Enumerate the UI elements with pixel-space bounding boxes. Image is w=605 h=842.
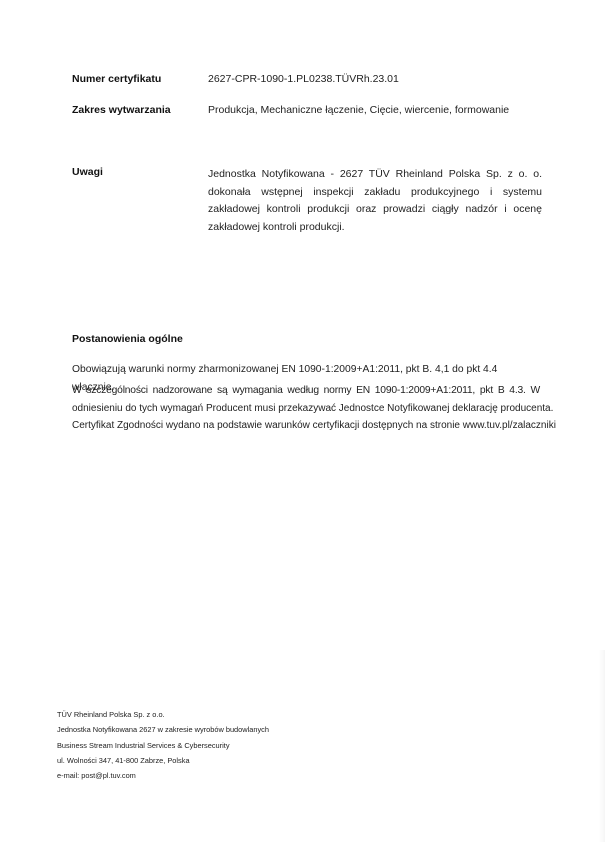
provision-paragraph: Certyfikat Zgodności wydano na podstawie… <box>72 417 540 435</box>
footer-notified-body: Jednostka Notyfikowana 2627 w zakresie w… <box>57 722 269 737</box>
remarks-line: dokonała wstępnej inspekcji zakładu prod… <box>208 184 542 202</box>
remarks-line: zakładowej kontroli produkcji. <box>208 219 542 237</box>
manufacturing-scope-value: Produkcja, Mechaniczne łączenie, Cięcie,… <box>208 104 542 116</box>
certificate-number-label: Numer certyfikatu <box>72 73 161 85</box>
certificate-page: Numer certyfikatu 2627-CPR-1090-1.PL0238… <box>0 0 605 842</box>
remarks-line: Jednostka Notyfikowana - 2627 TÜV Rheinl… <box>208 166 542 184</box>
provision-line: odniesieniu do tych wymagań Producent mu… <box>72 400 540 418</box>
certificate-number-value: 2627-CPR-1090-1.PL0238.TÜVRh.23.01 <box>208 73 542 85</box>
footer-email: e-mail: post@pl.tuv.com <box>57 768 269 783</box>
provision-paragraph: W szczególności nadzorowane są wymagania… <box>72 382 540 417</box>
footer-business-stream: Business Stream Industrial Services & Cy… <box>57 738 269 753</box>
company-footer: TÜV Rheinland Polska Sp. z o.o. Jednostk… <box>57 707 269 783</box>
remarks-line: zakładowej kontroli produkcji oraz prowa… <box>208 201 542 219</box>
manufacturing-scope-label: Zakres wytwarzania <box>72 104 171 116</box>
footer-address: ul. Wolności 347, 41-800 Zabrze, Polska <box>57 753 269 768</box>
provision-text: Certyfikat Zgodności wydano na podstawie… <box>72 420 556 431</box>
remarks-text: Jednostka Notyfikowana - 2627 TÜV Rheinl… <box>208 166 542 236</box>
footer-company-name: TÜV Rheinland Polska Sp. z o.o. <box>57 707 269 722</box>
general-provisions-title: Postanowienia ogólne <box>72 333 183 345</box>
remarks-label: Uwagi <box>72 166 103 178</box>
provision-line: W szczególności nadzorowane są wymagania… <box>72 382 540 400</box>
page-edge-shadow <box>599 650 605 842</box>
